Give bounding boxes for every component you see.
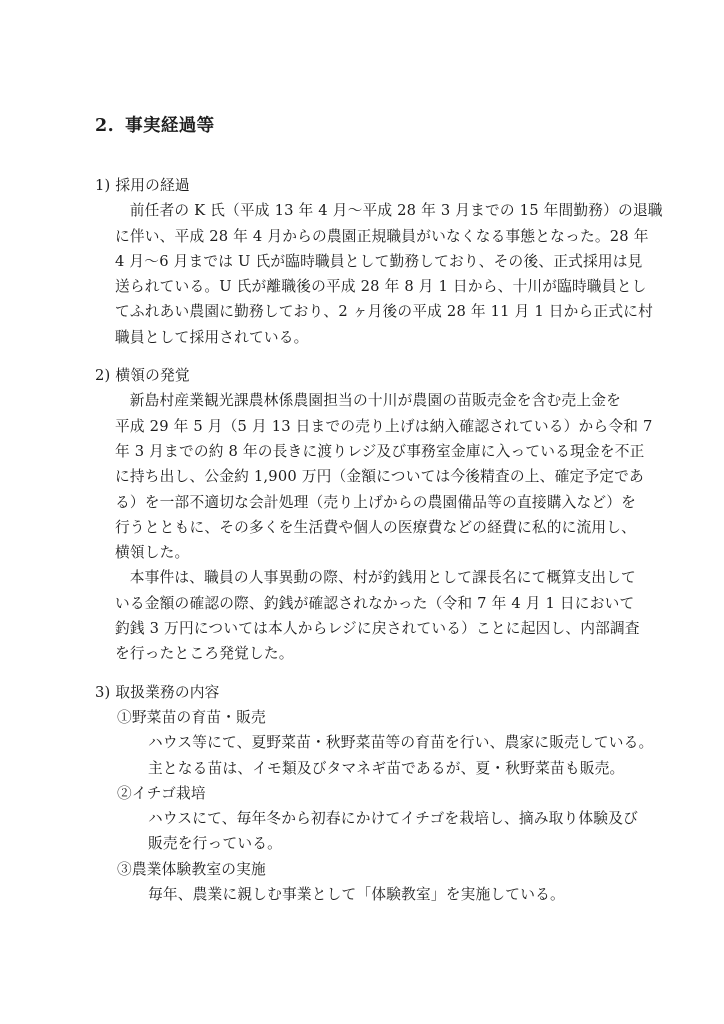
subitem-text-line: ハウスにて、毎年冬から初春にかけてイチゴを栽培し、摘み取り体験及び [148,806,634,831]
text-line: 平成 29 年 5 月（5 月 13 日までの売り上げは納入確認されている）から… [115,414,634,439]
document-title-number: 2. [95,116,114,136]
subitem-text-line: 販売を行っている。 [148,831,634,856]
text-line: 4 月～6 月までは U 氏が臨時職員として勤務しており、その後、正式採用は見 [115,249,634,274]
text-line: 前任者の K 氏（平成 13 年 4 月～平成 28 年 3 月までの 15 年… [115,198,634,223]
subitem-text-line: 毎年、農業に親しむ事業として「体験教室」を実施している。 [148,882,634,907]
text-line: 釣銭 3 万円については本人からレジに戻されている）ことに起因し、内部調査 [115,616,634,641]
subitem-text-line: ハウス等にて、夏野菜苗・秋野菜苗等の育苗を行い、農家に販売している。 [148,730,634,755]
document-section-1: 1) 採用の経過前任者の K 氏（平成 13 年 4 月～平成 28 年 3 月… [95,173,634,350]
text-line: 横領した。 [115,540,634,565]
document-section-2: 2) 横領の発覚新島村産業観光課農林係農園担当の十川が農園の苗販売金を含む売上金… [95,363,634,667]
subitem-heading: ②イチゴ栽培 [117,781,634,806]
paragraph: 前任者の K 氏（平成 13 年 4 月～平成 28 年 3 月までの 15 年… [115,198,634,350]
text-line: 新島村産業観光課農林係農園担当の十川が農園の苗販売金を含む売上金を [115,388,634,413]
section-heading: 2) 横領の発覚 [95,363,634,388]
text-line: を行ったところ発覚した。 [115,641,634,666]
text-line: る）を一部不適切な会計処理（売り上げからの農園備品等の直接購入など）を [115,490,634,515]
document-sections: 1) 採用の経過前任者の K 氏（平成 13 年 4 月～平成 28 年 3 月… [95,173,634,907]
text-line: いる金額の確認の際、釣銭が確認されなかった（令和 7 年 4 月 1 日において [115,591,634,616]
document-title: 2.事実経過等 [95,113,634,139]
text-line: 職員として採用されている。 [115,325,634,350]
subitem-text-line: 主となる苗は、イモ類及びタマネギ苗であるが、夏・秋野菜苗も販売。 [148,756,634,781]
paragraph: 本事件は、職員の人事異動の際、村が釣銭用として課長名にて概算支出している金額の確… [115,565,634,666]
subitem-heading: ③農業体験教室の実施 [117,857,634,882]
text-line: に持ち出し、公金約 1,900 万円（金額については今後精査の上、確定予定であ [115,464,634,489]
section-heading: 1) 採用の経過 [95,173,634,198]
text-line: 本事件は、職員の人事異動の際、村が釣銭用として課長名にて概算支出して [115,565,634,590]
section-heading: 3) 取扱業務の内容 [95,680,634,705]
text-line: 年 3 月までの約 8 年の長きに渡りレジ及び事務室金庫に入っている現金を不正 [115,439,634,464]
document-title-text: 事実経過等 [125,116,215,136]
text-line: てふれあい農園に勤務しており、2 ヶ月後の平成 28 年 11 月 1 日から正… [115,299,634,324]
document-page: 2.事実経過等 1) 採用の経過前任者の K 氏（平成 13 年 4 月～平成 … [0,0,724,1024]
text-line: 送られている。U 氏が離職後の平成 28 年 8 月 1 日から、十川が臨時職員… [115,274,634,299]
text-line: 行うとともに、その多くを生活費や個人の医療費などの経費に私的に流用し、 [115,515,634,540]
document-section-3: 3) 取扱業務の内容①野菜苗の育苗・販売ハウス等にて、夏野菜苗・秋野菜苗等の育苗… [95,680,634,908]
text-line: に伴い、平成 28 年 4 月からの農園正規職員がいなくなる事態となった。28 … [115,224,634,249]
paragraph: 新島村産業観光課農林係農園担当の十川が農園の苗販売金を含む売上金を平成 29 年… [115,388,634,565]
subitem-heading: ①野菜苗の育苗・販売 [117,705,634,730]
